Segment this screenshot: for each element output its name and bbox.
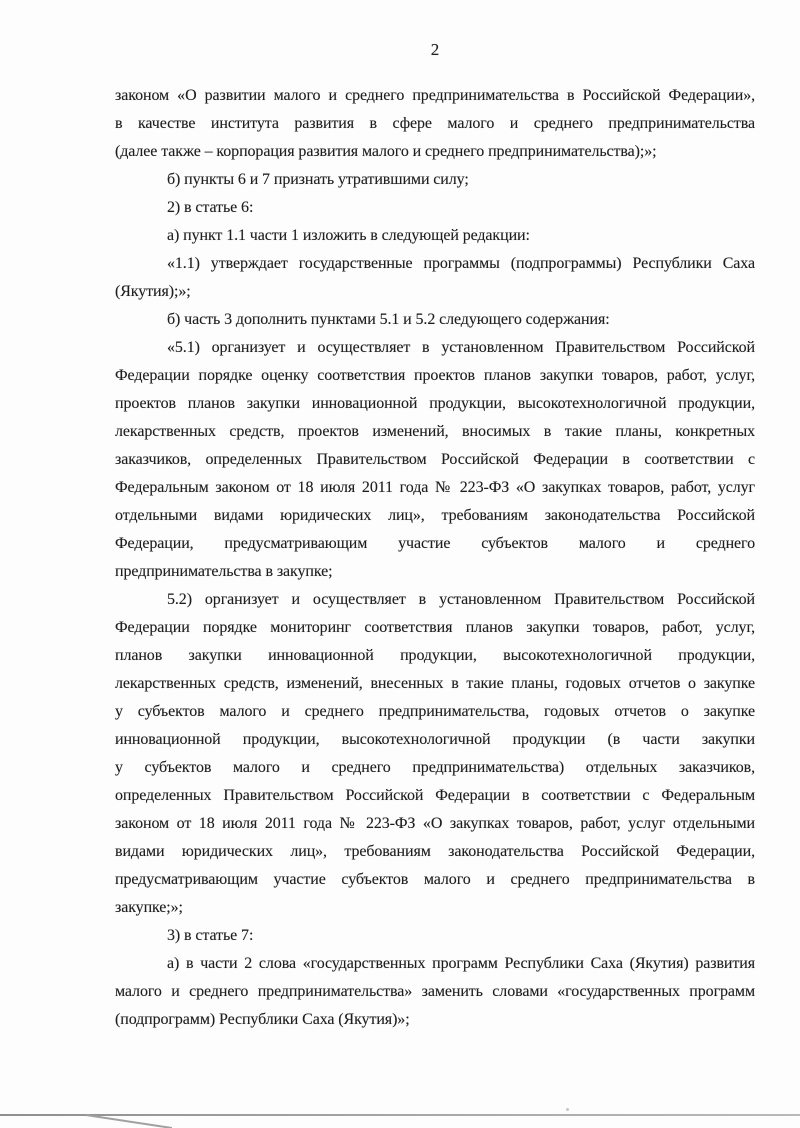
text-line: видами юридических лиц», требованиям зак…	[115, 838, 755, 866]
text-line: у субъектов малого и среднего предприним…	[115, 698, 755, 726]
document-body: законом «О развитии малого и среднего пр…	[115, 82, 755, 1034]
text-line: б) часть 3 дополнить пунктами 5.1 и 5.2 …	[115, 306, 755, 334]
text-line: инновационной продукции, высокотехнологи…	[115, 726, 755, 754]
text-line: лекарственных средств, изменений, внесен…	[115, 670, 755, 698]
text-line: Федерации порядке мониторинг соответстви…	[115, 614, 755, 642]
text-line: закупке;»;	[115, 894, 755, 922]
scan-artifact-diagonal-line	[86, 1114, 172, 1128]
text-line: а) в части 2 слова «государственных прог…	[115, 950, 755, 978]
text-line: 5.2) организует и осуществляет в установ…	[115, 586, 755, 614]
text-line: у субъектов малого и среднего предприним…	[115, 754, 755, 782]
text-line: проектов планов закупки инновационной пр…	[115, 390, 755, 418]
text-line: планов закупки инновационной продукции, …	[115, 642, 755, 670]
text-line: (Якутия);»;	[115, 278, 755, 306]
text-line: малого и среднего предпринимательства» з…	[115, 978, 755, 1006]
page-number: 2	[115, 36, 755, 64]
text-line: б) пункты 6 и 7 признать утратившими сил…	[115, 166, 755, 194]
text-line: заказчиков, определенных Правительством …	[115, 446, 755, 474]
text-line: определенных Правительством Российской Ф…	[115, 782, 755, 810]
text-line: «1.1) утверждает государственные програм…	[115, 250, 755, 278]
text-line: 3) в статье 7:	[115, 922, 755, 950]
text-line: 2) в статье 6:	[115, 194, 755, 222]
text-line: законом «О развитии малого и среднего пр…	[115, 82, 755, 110]
scanned-document-page: 2 законом «О развитии малого и среднего …	[0, 0, 800, 1128]
scan-artifact-horizontal-line	[0, 1114, 800, 1116]
scan-artifact-dot	[566, 1108, 569, 1111]
text-line: отдельными видами юридических лиц», треб…	[115, 502, 755, 530]
text-line: в качестве института развития в сфере ма…	[115, 110, 755, 138]
text-line: лекарственных средств, проектов изменени…	[115, 418, 755, 446]
text-line: а) пункт 1.1 части 1 изложить в следующе…	[115, 222, 755, 250]
text-line: Федеральным законом от 18 июля 2011 года…	[115, 474, 755, 502]
text-line: Федерации порядке оценку соответствия пр…	[115, 362, 755, 390]
text-line: (подпрограмм) Республики Саха (Якутия)»;	[115, 1006, 755, 1034]
text-line: «5.1) организует и осуществляет в устано…	[115, 334, 755, 362]
text-line: предусматривающим участие субъектов мало…	[115, 866, 755, 894]
text-line: законом от 18 июля 2011 года № 223-ФЗ «О…	[115, 810, 755, 838]
text-line: Федерации, предусматривающим участие суб…	[115, 530, 755, 558]
text-line: предпринимательства в закупке;	[115, 558, 755, 586]
text-line: (далее также – корпорация развития малог…	[115, 138, 755, 166]
